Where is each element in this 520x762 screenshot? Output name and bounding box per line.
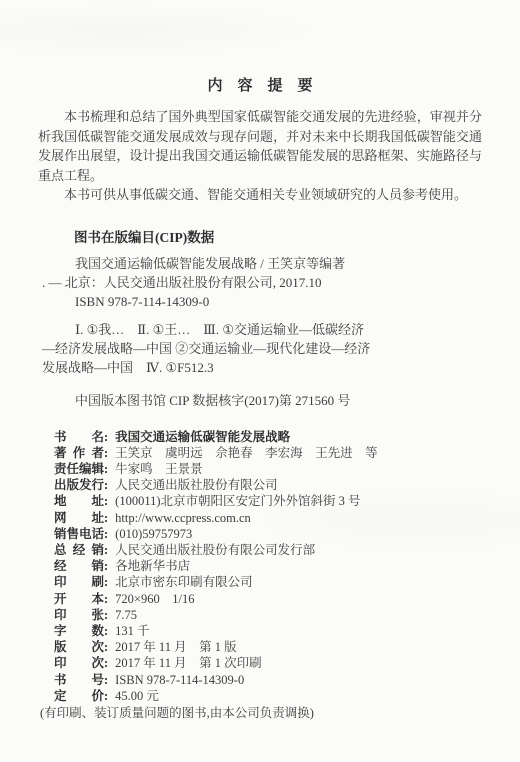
colophon-row-website: 网址:http://www.ccpress.com.cn bbox=[54, 510, 482, 526]
colophon-value: 北京市密东印刷有限公司 bbox=[115, 575, 253, 589]
colophon-separator: : bbox=[104, 527, 108, 541]
colophon-label: 网址 bbox=[54, 510, 104, 526]
colophon-value: 王笑京 虞明远 佘艳春 李宏海 王先进 等 bbox=[115, 446, 378, 460]
colophon-separator: : bbox=[104, 673, 108, 687]
colophon-value: 牛家鸣 王景景 bbox=[115, 462, 203, 476]
cip-record-number: 中国版本图书馆 CIP 数据核字(2017)第 271560 号 bbox=[75, 390, 482, 409]
colophon-row-authors: 著作者:王笑京 虞明远 佘艳春 李宏海 王先进 等 bbox=[54, 445, 482, 461]
colophon-separator: : bbox=[104, 624, 108, 638]
colophon-value: ISBN 978-7-114-14309-0 bbox=[115, 673, 244, 687]
colophon-value: 人民交通出版社股份有限公司 bbox=[115, 478, 278, 492]
summary-paragraph-2: 本书可供从事低碳交通、智能交通相关专业领域研究的人员参考使用。 bbox=[38, 185, 482, 205]
colophon-separator: : bbox=[104, 462, 108, 476]
colophon-value: 7.75 bbox=[115, 608, 137, 622]
colophon-label: 著作者 bbox=[54, 445, 104, 461]
colophon: 书名:我国交通运输低碳智能发展战略 著作者:王笑京 虞明远 佘艳春 李宏海 王先… bbox=[38, 429, 482, 704]
summary-paragraph-1: 本书梳理和总结了国外典型国家低碳智能交通发展的先进经验，审视并分析我国低碳智能交… bbox=[38, 107, 482, 185]
colophon-label: 销售电话 bbox=[54, 526, 104, 542]
colophon-separator: : bbox=[104, 559, 108, 573]
colophon-label: 责任编辑 bbox=[54, 461, 104, 477]
colophon-row-price: 定价:45.00 元 bbox=[54, 688, 482, 704]
content-summary: 本书梳理和总结了国外典型国家低碳智能交通发展的先进经验，审视并分析我国低碳智能交… bbox=[38, 107, 482, 205]
colophon-separator: : bbox=[104, 430, 108, 444]
colophon-separator: : bbox=[104, 608, 108, 622]
cip-isbn-line: ISBN 978-7-114-14309-0 bbox=[75, 292, 482, 311]
colophon-value: 2017 年 11 月 第 1 次印刷 bbox=[115, 656, 261, 670]
colophon-label: 开本 bbox=[54, 591, 104, 607]
colophon-separator: : bbox=[104, 640, 108, 654]
colophon-row-publisher: 出版发行:人民交通出版社股份有限公司 bbox=[54, 477, 482, 493]
colophon-label: 出版发行 bbox=[54, 477, 104, 493]
colophon-label: 地址 bbox=[54, 493, 104, 509]
colophon-label: 书号 bbox=[54, 672, 104, 688]
colophon-row-sales-phone: 销售电话:(010)59757973 bbox=[54, 526, 482, 542]
colophon-value: 45.00 元 bbox=[115, 689, 159, 703]
colophon-value: 人民交通出版社股份有限公司发行部 bbox=[115, 543, 315, 557]
colophon-separator: : bbox=[104, 511, 108, 525]
colophon-row-distributor: 经销:各地新华书店 bbox=[54, 558, 482, 574]
colophon-row-general-distributor: 总经销:人民交通出版社股份有限公司发行部 bbox=[54, 542, 482, 558]
colophon-row-format: 开本:720×960 1/16 bbox=[54, 591, 482, 607]
cip-class-line-3: 发展战略—中国 Ⅳ. ①F512.3 bbox=[42, 358, 482, 377]
colophon-label: 总经销 bbox=[54, 542, 104, 558]
colophon-separator: : bbox=[104, 575, 108, 589]
colophon-label: 书名 bbox=[54, 429, 104, 445]
cip-title-line: 我国交通运输低碳智能发展战略 / 王笑京等编著 bbox=[75, 254, 482, 273]
colophon-row-isbn: 书号:ISBN 978-7-114-14309-0 bbox=[54, 672, 482, 688]
colophon-separator: : bbox=[104, 478, 108, 492]
cip-class-line-2: —经济发展战略—中国 ②交通运输业—现代化建设—经济 bbox=[42, 339, 482, 358]
book-copyright-page: 内 容 提 要 本书梳理和总结了国外典型国家低碳智能交通发展的先进经验，审视并分… bbox=[0, 0, 520, 762]
cip-heading: 图书在版编目(CIP)数据 bbox=[74, 226, 482, 246]
colophon-row-word-count: 字数:131 千 bbox=[54, 623, 482, 639]
colophon-value: 131 千 bbox=[115, 624, 149, 638]
colophon-row-address: 地址:(100011)北京市朝阳区安定门外外馆斜街 3 号 bbox=[54, 493, 482, 509]
colophon-value: 2017 年 11 月 第 1 版 bbox=[115, 640, 236, 654]
colophon-label: 定价 bbox=[54, 688, 104, 704]
cip-classification: Ⅰ. ①我… Ⅱ. ①王… Ⅲ. ①交通运输业—低碳经济 —经济发展战略—中国 … bbox=[38, 320, 482, 377]
colophon-row-sheets: 印张:7.75 bbox=[54, 607, 482, 623]
print-quality-note: (有印刷、装订质量问题的图书,由本公司负责调换) bbox=[40, 705, 482, 722]
colophon-separator: : bbox=[104, 446, 108, 460]
colophon-row-impression: 印次:2017 年 11 月 第 1 次印刷 bbox=[54, 655, 482, 671]
colophon-label: 字数 bbox=[54, 623, 104, 639]
colophon-separator: : bbox=[104, 689, 108, 703]
colophon-row-editor: 责任编辑:牛家鸣 王景景 bbox=[54, 461, 482, 477]
colophon-label: 经销 bbox=[54, 558, 104, 574]
colophon-separator: : bbox=[104, 656, 108, 670]
colophon-value: 720×960 1/16 bbox=[115, 592, 194, 606]
colophon-separator: : bbox=[104, 494, 108, 508]
cip-block: 我国交通运输低碳智能发展战略 / 王笑京等编著 . — 北京：人民交通出版社股份… bbox=[38, 254, 482, 377]
colophon-label: 印张 bbox=[54, 607, 104, 623]
colophon-row-title: 书名:我国交通运输低碳智能发展战略 bbox=[54, 429, 482, 445]
colophon-label: 版次 bbox=[54, 639, 104, 655]
cip-class-line-1: Ⅰ. ①我… Ⅱ. ①王… Ⅲ. ①交通运输业—低碳经济 bbox=[75, 320, 482, 339]
content-summary-title: 内 容 提 要 bbox=[38, 74, 482, 95]
colophon-separator: : bbox=[104, 592, 108, 606]
colophon-separator: : bbox=[104, 543, 108, 557]
colophon-value: (010)59757973 bbox=[115, 527, 192, 541]
colophon-label: 印次 bbox=[54, 655, 104, 671]
colophon-value: 我国交通运输低碳智能发展战略 bbox=[115, 430, 290, 444]
colophon-value: http://www.ccpress.com.cn bbox=[115, 511, 251, 525]
cip-publisher-line: . — 北京：人民交通出版社股份有限公司, 2017.10 bbox=[42, 273, 482, 292]
colophon-row-edition: 版次:2017 年 11 月 第 1 版 bbox=[54, 639, 482, 655]
colophon-value: (100011)北京市朝阳区安定门外外馆斜街 3 号 bbox=[115, 494, 360, 508]
colophon-value: 各地新华书店 bbox=[115, 559, 190, 573]
colophon-row-printer: 印刷:北京市密东印刷有限公司 bbox=[54, 574, 482, 590]
colophon-label: 印刷 bbox=[54, 574, 104, 590]
